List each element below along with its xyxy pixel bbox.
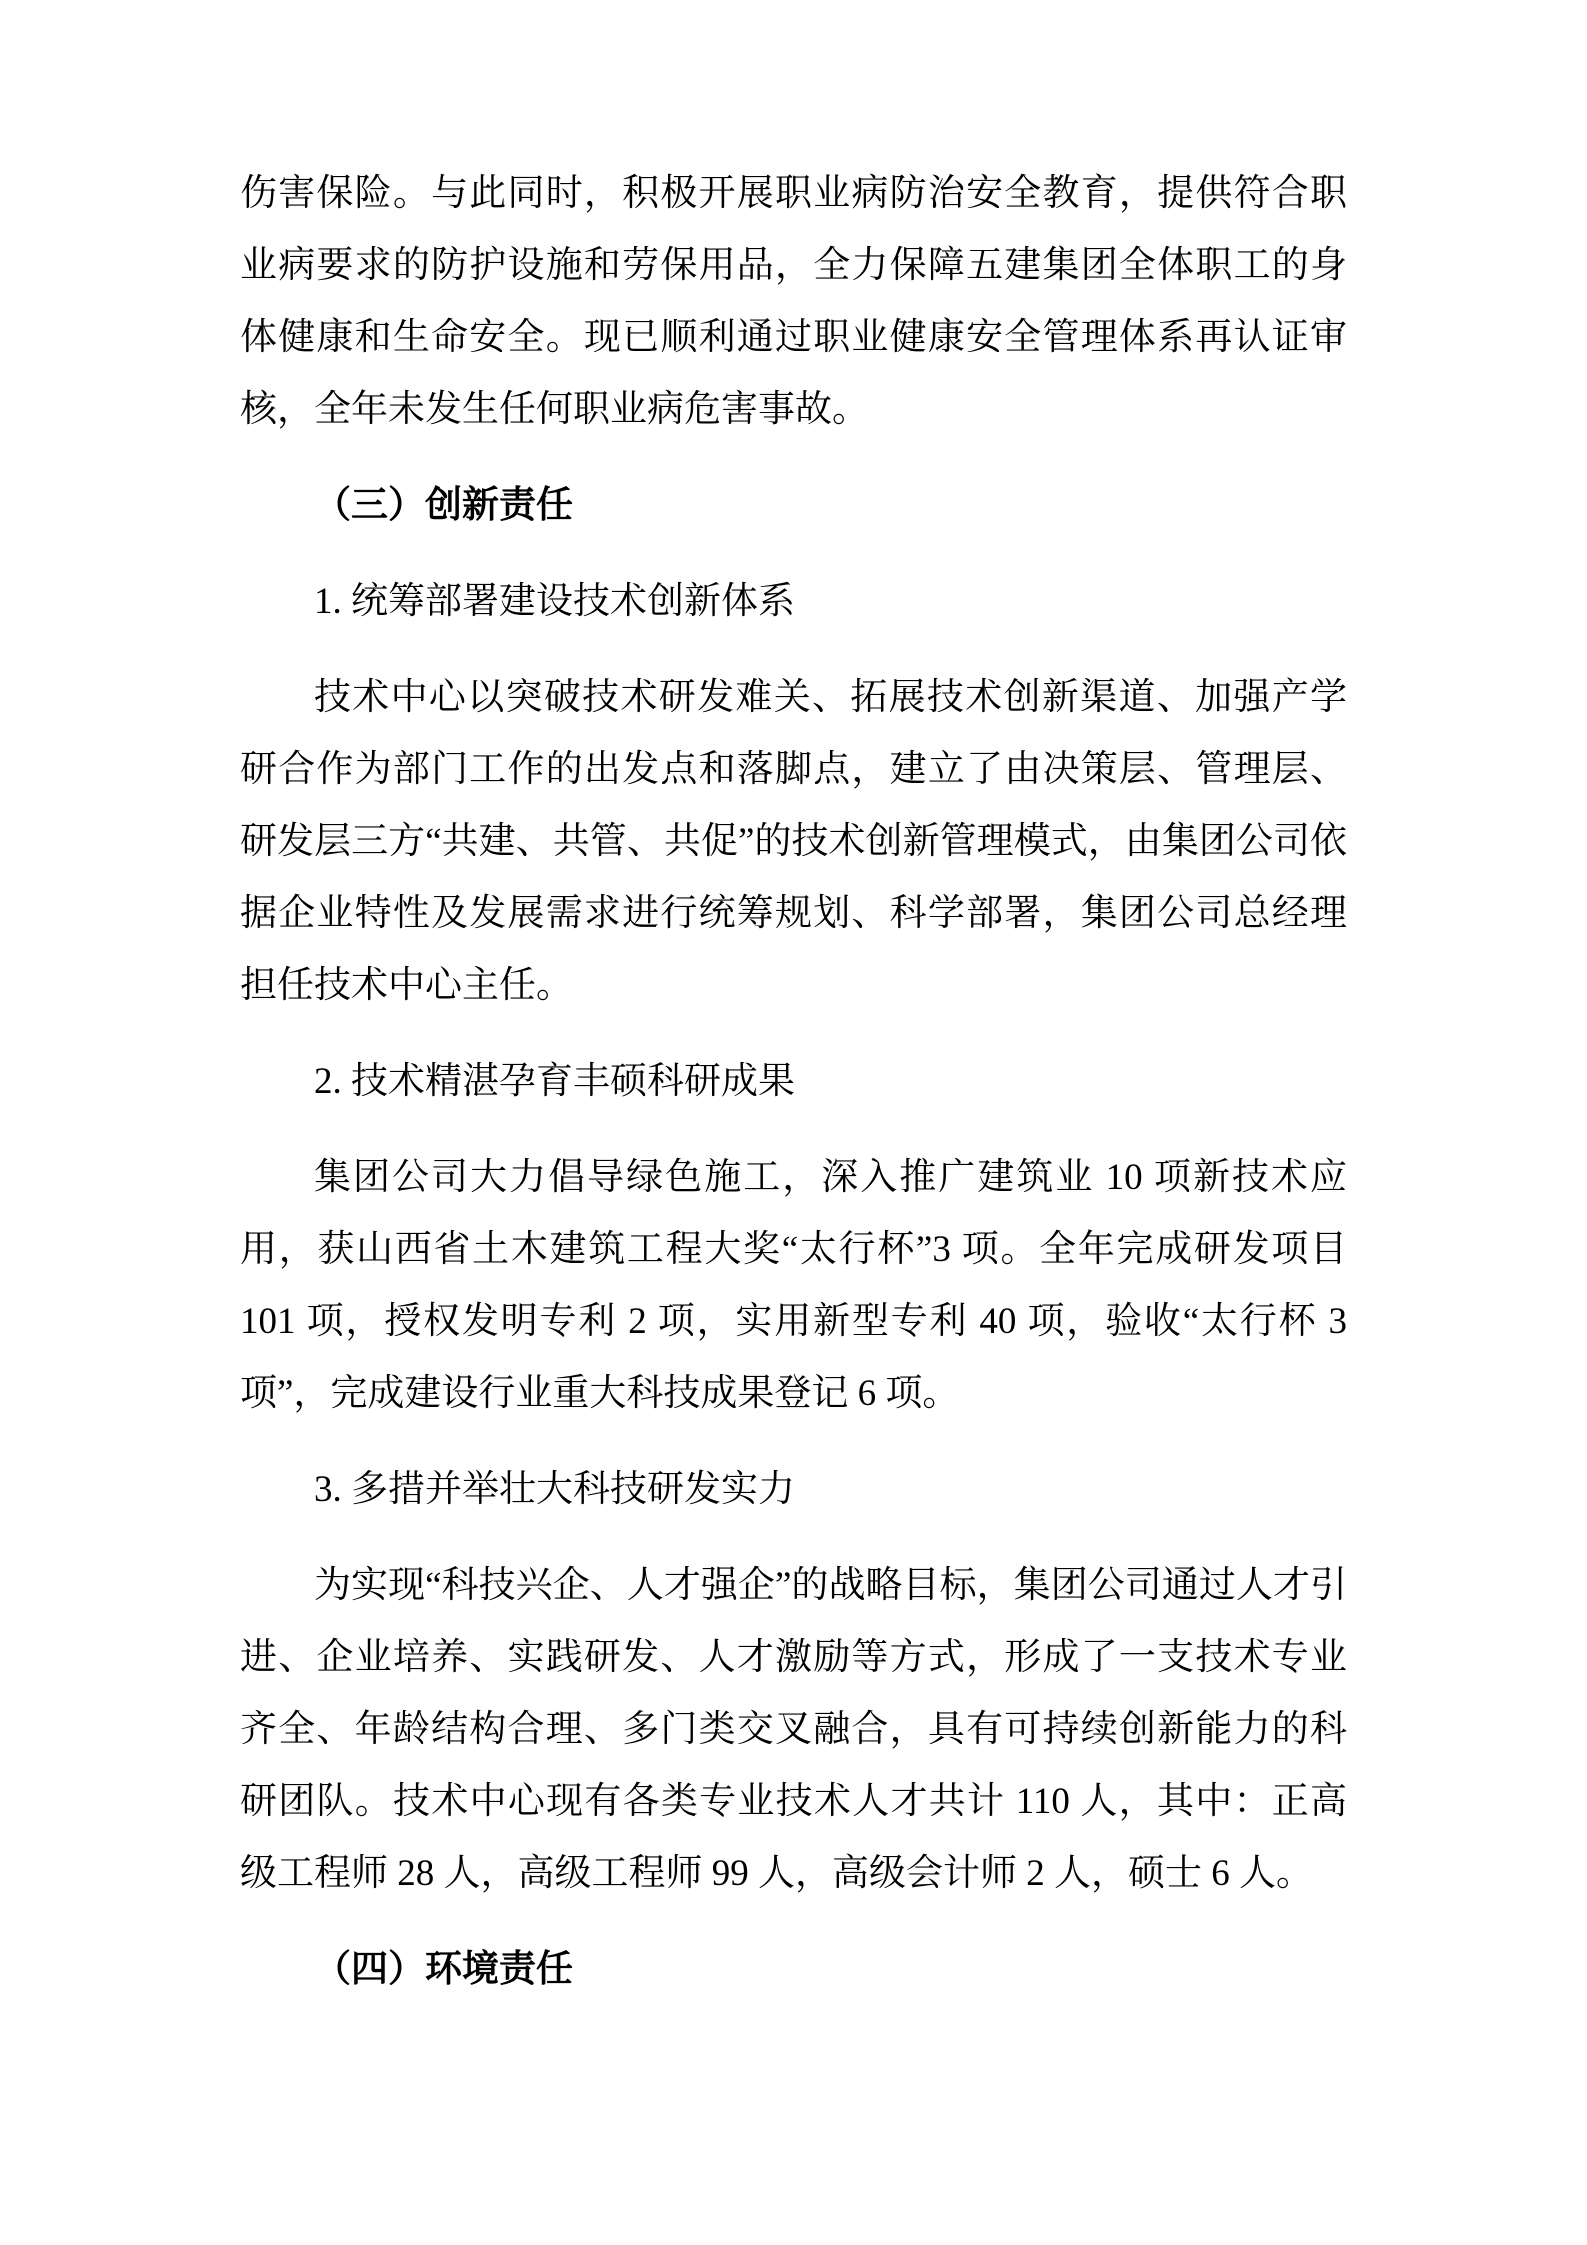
paragraph-research-achievements: 集团公司大力倡导绿色施工，深入推广建筑业 10 项新技术应用，获山西省土木建筑工…: [240, 1142, 1347, 1430]
subheading-2-research-achievements: 2. 技术精湛孕育丰硕科研成果: [240, 1046, 1347, 1118]
paragraph-tech-innovation-system: 技术中心以突破技术研发难关、拓展技术创新渠道、加强产学研合作为部门工作的出发点和…: [240, 662, 1347, 1022]
section-heading-environment-responsibility: （四）环境责任: [240, 1934, 1347, 2006]
document-page: 伤害保险。与此同时，积极开展职业病防治安全教育，提供符合职业病要求的防护设施和劳…: [0, 0, 1587, 2245]
subheading-3-rd-strength: 3. 多措并举壮大科技研发实力: [240, 1454, 1347, 1526]
paragraph-rd-talent-team: 为实现“科技兴企、人才强企”的战略目标，集团公司通过人才引进、企业培养、实践研发…: [240, 1550, 1347, 1910]
section-heading-innovation-responsibility: （三）创新责任: [240, 470, 1347, 542]
subheading-1-tech-innovation-system: 1. 统筹部署建设技术创新体系: [240, 566, 1347, 638]
paragraph-occupational-health-continuation: 伤害保险。与此同时，积极开展职业病防治安全教育，提供符合职业病要求的防护设施和劳…: [240, 158, 1347, 446]
